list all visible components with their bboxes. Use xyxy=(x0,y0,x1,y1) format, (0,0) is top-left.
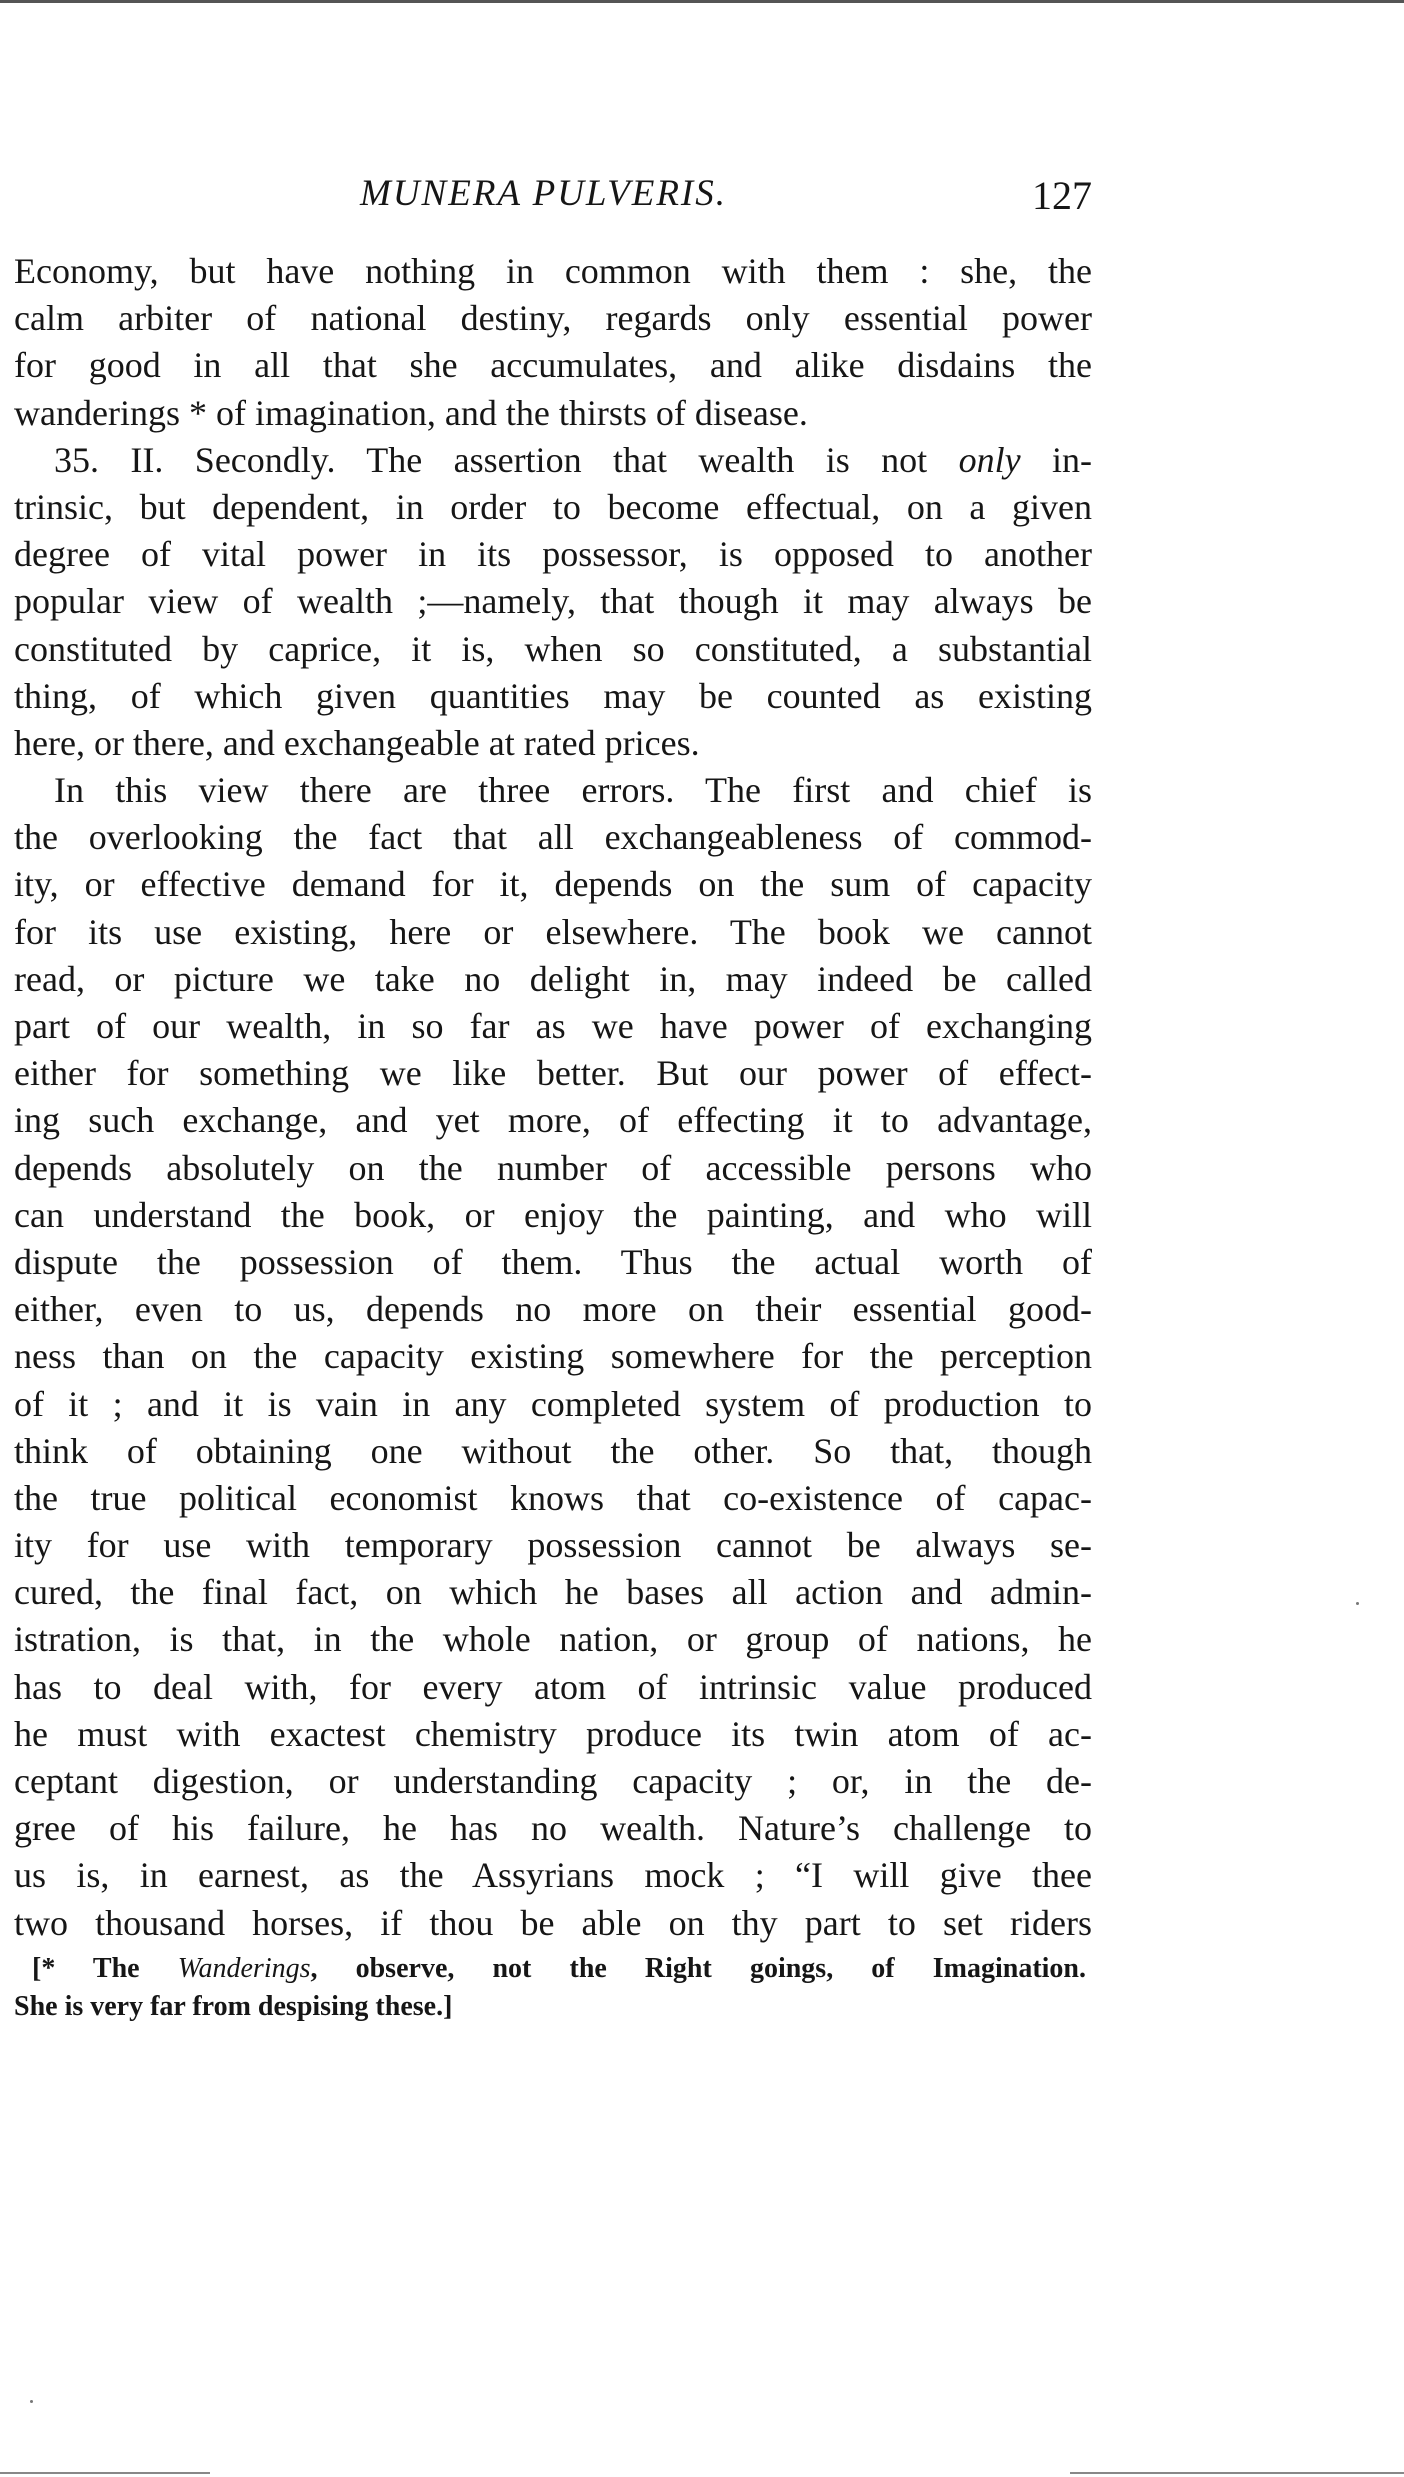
emphasis-wanderings: Wanderings xyxy=(178,1953,311,1984)
text-line: Economy, but have nothing in common with… xyxy=(14,248,1092,295)
text-span: [* The xyxy=(32,1953,178,1984)
text-line: popular view of wealth ;—namely, that th… xyxy=(14,578,1092,625)
text-line: here, or there, and exchangeable at rate… xyxy=(14,720,1092,767)
paragraph-start-line: In this view there are three errors. The… xyxy=(14,767,1092,814)
text-line: for its use existing, here or elsewhere.… xyxy=(14,909,1092,956)
text-line: trinsic, but dependent, in order to beco… xyxy=(14,484,1092,531)
text-line: dispute the possession of them. Thus the… xyxy=(14,1239,1092,1286)
scan-speck xyxy=(1356,1602,1359,1605)
text-line: ness than on the capacity existing somew… xyxy=(14,1333,1092,1380)
text-line: part of our wealth, in so far as we have… xyxy=(14,1003,1092,1050)
text-span: , observe, not the Right goings, of Imag… xyxy=(311,1953,1087,1984)
text-line: degree of vital power in its possessor, … xyxy=(14,531,1092,578)
page-number: 127 xyxy=(1032,172,1092,219)
scan-speck xyxy=(30,2400,33,2403)
text-line: constituted by caprice, it is, when so c… xyxy=(14,626,1092,673)
text-line: us is, in earnest, as the Assyrians mock… xyxy=(14,1852,1092,1899)
text-line: for good in all that she accumulates, an… xyxy=(14,342,1092,389)
text-line: ity, or effective demand for it, depends… xyxy=(14,861,1092,908)
footnote-line: She is very far from despising these.] xyxy=(14,1988,1086,2026)
text-line: either for something we like better. But… xyxy=(14,1050,1092,1097)
emphasis-only: only xyxy=(959,440,1021,480)
section-35-first-line: 35. II. Secondly. The assertion that wea… xyxy=(14,437,1092,484)
text-span: in- xyxy=(1021,440,1092,480)
text-line: two thousand horses, if thou be able on … xyxy=(14,1900,1092,1947)
text-line: he must with exactest chemistry produce … xyxy=(14,1711,1092,1758)
text-line: depends absolutely on the number of acce… xyxy=(14,1145,1092,1192)
text-line: ceptant digestion, or understanding capa… xyxy=(14,1758,1092,1805)
text-line: calm arbiter of national destiny, regard… xyxy=(14,295,1092,342)
page-bottom-edge xyxy=(0,2472,210,2474)
page-bottom-edge xyxy=(1070,2472,1404,2474)
text-line: can understand the book, or enjoy the pa… xyxy=(14,1192,1092,1239)
text-line: cured, the final fact, on which he bases… xyxy=(14,1569,1092,1616)
text-line: thing, of which given quantities may be … xyxy=(14,673,1092,720)
footnote-line: [* The Wanderings, observe, not the Righ… xyxy=(14,1950,1086,1988)
text-line: the overlooking the fact that all exchan… xyxy=(14,814,1092,861)
text-line: gree of his failure, he has no wealth. N… xyxy=(14,1805,1092,1852)
text-line: think of obtaining one without the other… xyxy=(14,1428,1092,1475)
text-line: has to deal with, for every atom of intr… xyxy=(14,1664,1092,1711)
text-line: read, or picture we take no delight in, … xyxy=(14,956,1092,1003)
body-text: Economy, but have nothing in common with… xyxy=(14,248,1092,1947)
text-line: either, even to us, depends no more on t… xyxy=(14,1286,1092,1333)
footnote: [* The Wanderings, observe, not the Righ… xyxy=(14,1950,1086,2026)
text-line: the true political economist knows that … xyxy=(14,1475,1092,1522)
text-line: wanderings * of imagination, and the thi… xyxy=(14,390,1092,437)
page-header: MUNERA PULVERIS. 127 xyxy=(0,172,1404,222)
page-top-edge xyxy=(0,0,1404,3)
text-span: 35. II. Secondly. The assertion that wea… xyxy=(54,440,959,480)
running-title: MUNERA PULVERIS. xyxy=(360,172,727,215)
text-line: ing such exchange, and yet more, of effe… xyxy=(14,1097,1092,1144)
text-line: ity for use with temporary possession ca… xyxy=(14,1522,1092,1569)
text-line: istration, is that, in the whole nation,… xyxy=(14,1616,1092,1663)
text-line: of it ; and it is vain in any completed … xyxy=(14,1381,1092,1428)
